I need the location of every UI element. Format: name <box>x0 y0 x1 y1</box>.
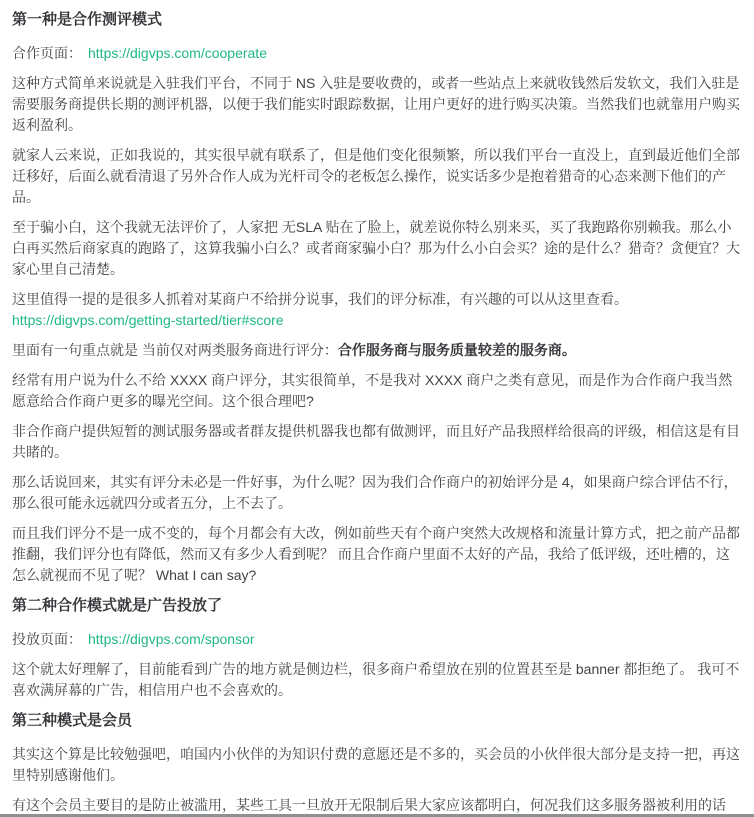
page: 第一种是合作测评模式 合作页面：https://digvps.com/coope… <box>0 0 754 817</box>
paragraph-key-point: 里面有一句重点就是 当前仅对两类服务商进行评分：合作服务商与服务质量较差的服务商… <box>12 340 743 361</box>
paragraph-jiarenyun: 就家人云来说，正如我说的，其实很早就有联系了，但是他们变化很频繁，所以我们平台一… <box>12 145 743 208</box>
cooperate-page-line: 合作页面：https://digvps.com/cooperate <box>12 43 743 64</box>
paragraph-pian-xiaobai: 至于骗小白，这个我就无法评价了，人家把 无SLA 贴在了脸上，就差说你特么别来买… <box>12 217 743 280</box>
paragraph-non-partner: 非合作商户提供短暂的测试服务器或者群友提供机器我也都有做测评，而且好产品我照样给… <box>12 421 743 463</box>
score-standard-text: 这里值得一提的是很多人抓着对某商户不给拼分说事，我们的评分标准，有兴趣的可以从这… <box>12 291 628 307</box>
cooperate-link[interactable]: https://digvps.com/cooperate <box>88 45 267 61</box>
paragraph-initial-score: 那么话说回来，其实有评分未必是一件好事，为什么呢？因为我们合作商户的初始评分是 … <box>12 472 743 514</box>
section1-heading: 第一种是合作测评模式 <box>12 9 743 31</box>
key-point-prefix: 里面有一句重点就是 当前仅对两类服务商进行评分： <box>12 342 338 358</box>
paragraph-membership: 其实这个算是比较勉强吧，咱国内小伙伴的为知识付费的意愿还是不多的，买会员的小伙伴… <box>12 744 743 786</box>
paragraph-score-changes: 而且我们评分不是一成不变的，每个月都会有大改，例如前些天有个商户突然大改规格和流… <box>12 523 743 586</box>
cooperate-label: 合作页面： <box>12 45 82 61</box>
key-point-bold: 合作服务商与服务质量较差的服务商。 <box>338 342 576 358</box>
paragraph-join-platform: 这种方式简单来说就是入驻我们平台，不同于 NS 入驻是要收费的，或者一些站点上来… <box>12 73 743 136</box>
paragraph-ads: 这个就太好理解了，目前能看到广告的地方就是侧边栏，很多商户希望放在别的位置甚至是… <box>12 659 743 701</box>
article-content: 第一种是合作测评模式 合作页面：https://digvps.com/coope… <box>0 0 754 816</box>
section2-heading: 第二种合作模式就是广告投放了 <box>12 595 743 617</box>
paragraph-score-standard: 这里值得一提的是很多人抓着对某商户不给拼分说事，我们的评分标准，有兴趣的可以从这… <box>12 289 743 331</box>
score-link[interactable]: https://digvps.com/getting-started/tier#… <box>12 312 284 328</box>
paragraph-why-no-score: 经常有用户说为什么不给 XXXX 商户评分，其实很简单，不是我对 XXXX 商户… <box>12 370 743 412</box>
paragraph-anti-abuse: 有这个会员主要目的是防止被滥用，某些工具一旦放开无限制后果大家应该都明白，何况我… <box>12 795 743 816</box>
sponsor-link[interactable]: https://digvps.com/sponsor <box>88 631 255 647</box>
sponsor-page-line: 投放页面：https://digvps.com/sponsor <box>12 629 743 650</box>
sponsor-label: 投放页面： <box>12 631 82 647</box>
section3-heading: 第三种模式是会员 <box>12 710 743 732</box>
